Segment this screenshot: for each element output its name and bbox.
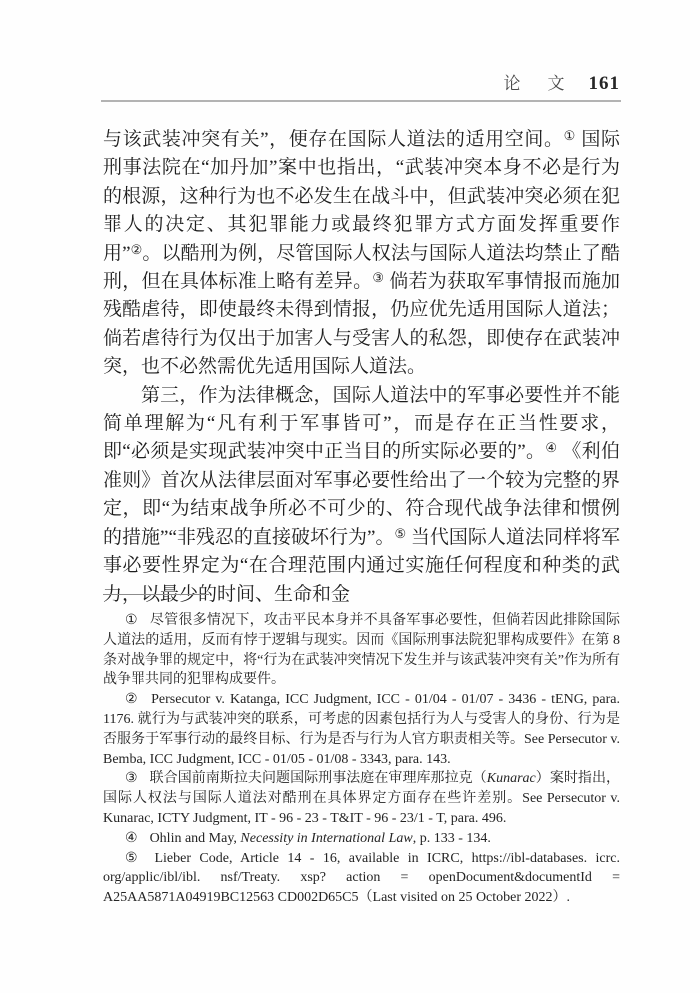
footnotes-section: ①尽管很多情况下，攻击平民本身并不具备军事必要性，但倘若因此排除国际人道法的适用…	[103, 611, 620, 908]
footnote-text-run: Persecutor v. Katanga, ICC Judgment, ICC…	[103, 692, 620, 766]
footnote-text-run: Ohlin and May,	[150, 831, 241, 846]
footnote-number-marker: ③	[125, 771, 138, 786]
footnote-reference-marker: ④	[545, 440, 557, 455]
page-header: 论 文 161	[103, 69, 620, 95]
footnote-text-run: Lieber Code, Article 14 - 16, available …	[103, 851, 620, 906]
body-text-run: 第三，作为法律概念，国际人道法中的军事必要性并不能简单理解为“凡有利于军事皆可”…	[103, 385, 620, 463]
body-paragraph: 第三，作为法律概念，国际人道法中的军事必要性并不能简单理解为“凡有利于军事皆可”…	[103, 382, 620, 609]
footnote-number-marker: ⑤	[125, 851, 142, 866]
header-section-label: 论 文	[504, 69, 567, 94]
document-page: 论 文 161 与该武装冲突有关”，便存在国际人道法的适用空间。① 国际刑事法院…	[0, 0, 700, 993]
body-paragraph: 与该武装冲突有关”，便存在国际人道法的适用空间。① 国际刑事法院在“加丹加”案中…	[103, 126, 620, 382]
footnote-reference-marker: ①	[564, 128, 576, 143]
footnote-reference-marker: ⑤	[394, 526, 406, 541]
footnote-number-marker: ④	[125, 831, 138, 846]
footnote-number-marker: ①	[125, 613, 138, 628]
footnote-item: ①尽管很多情况下，攻击平民本身并不具备军事必要性，但倘若因此排除国际人道法的适用…	[103, 611, 620, 690]
footnote-separator-rule	[103, 594, 209, 595]
footnote-text-run: 尽管很多情况下，攻击平民本身并不具备军事必要性，但倘若因此排除国际人道法的适用，…	[103, 613, 620, 687]
footnote-italic-title: Kunarac	[487, 771, 536, 786]
body-paragraphs: 与该武装冲突有关”，便存在国际人道法的适用空间。① 国际刑事法院在“加丹加”案中…	[103, 126, 620, 609]
footnote-item: ②Persecutor v. Katanga, ICC Judgment, IC…	[103, 690, 620, 769]
footnote-item: ⑤Lieber Code, Article 14 - 16, available…	[103, 849, 620, 908]
footnote-text-run: , p. 133 - 134.	[413, 831, 491, 846]
body-text-run: 与该武装冲突有关”，便存在国际人道法的适用空间。	[103, 129, 564, 150]
footnote-reference-marker: ②	[131, 242, 143, 257]
footnote-item: ③联合国前南斯拉夫问题国际刑事法庭在审理库那拉克（Kunarac）案时指出，国际…	[103, 769, 620, 828]
header-rule	[101, 100, 621, 102]
footnote-text-run: 联合国前南斯拉夫问题国际刑事法庭在审理库那拉克（	[150, 771, 487, 786]
footnote-italic-title: Necessity in International Law	[240, 831, 412, 846]
footnote-item: ④Ohlin and May, Necessity in Internation…	[103, 829, 620, 849]
footnote-reference-marker: ③	[372, 270, 384, 285]
header-page-number: 161	[589, 73, 621, 95]
footnote-number-marker: ②	[125, 692, 139, 707]
